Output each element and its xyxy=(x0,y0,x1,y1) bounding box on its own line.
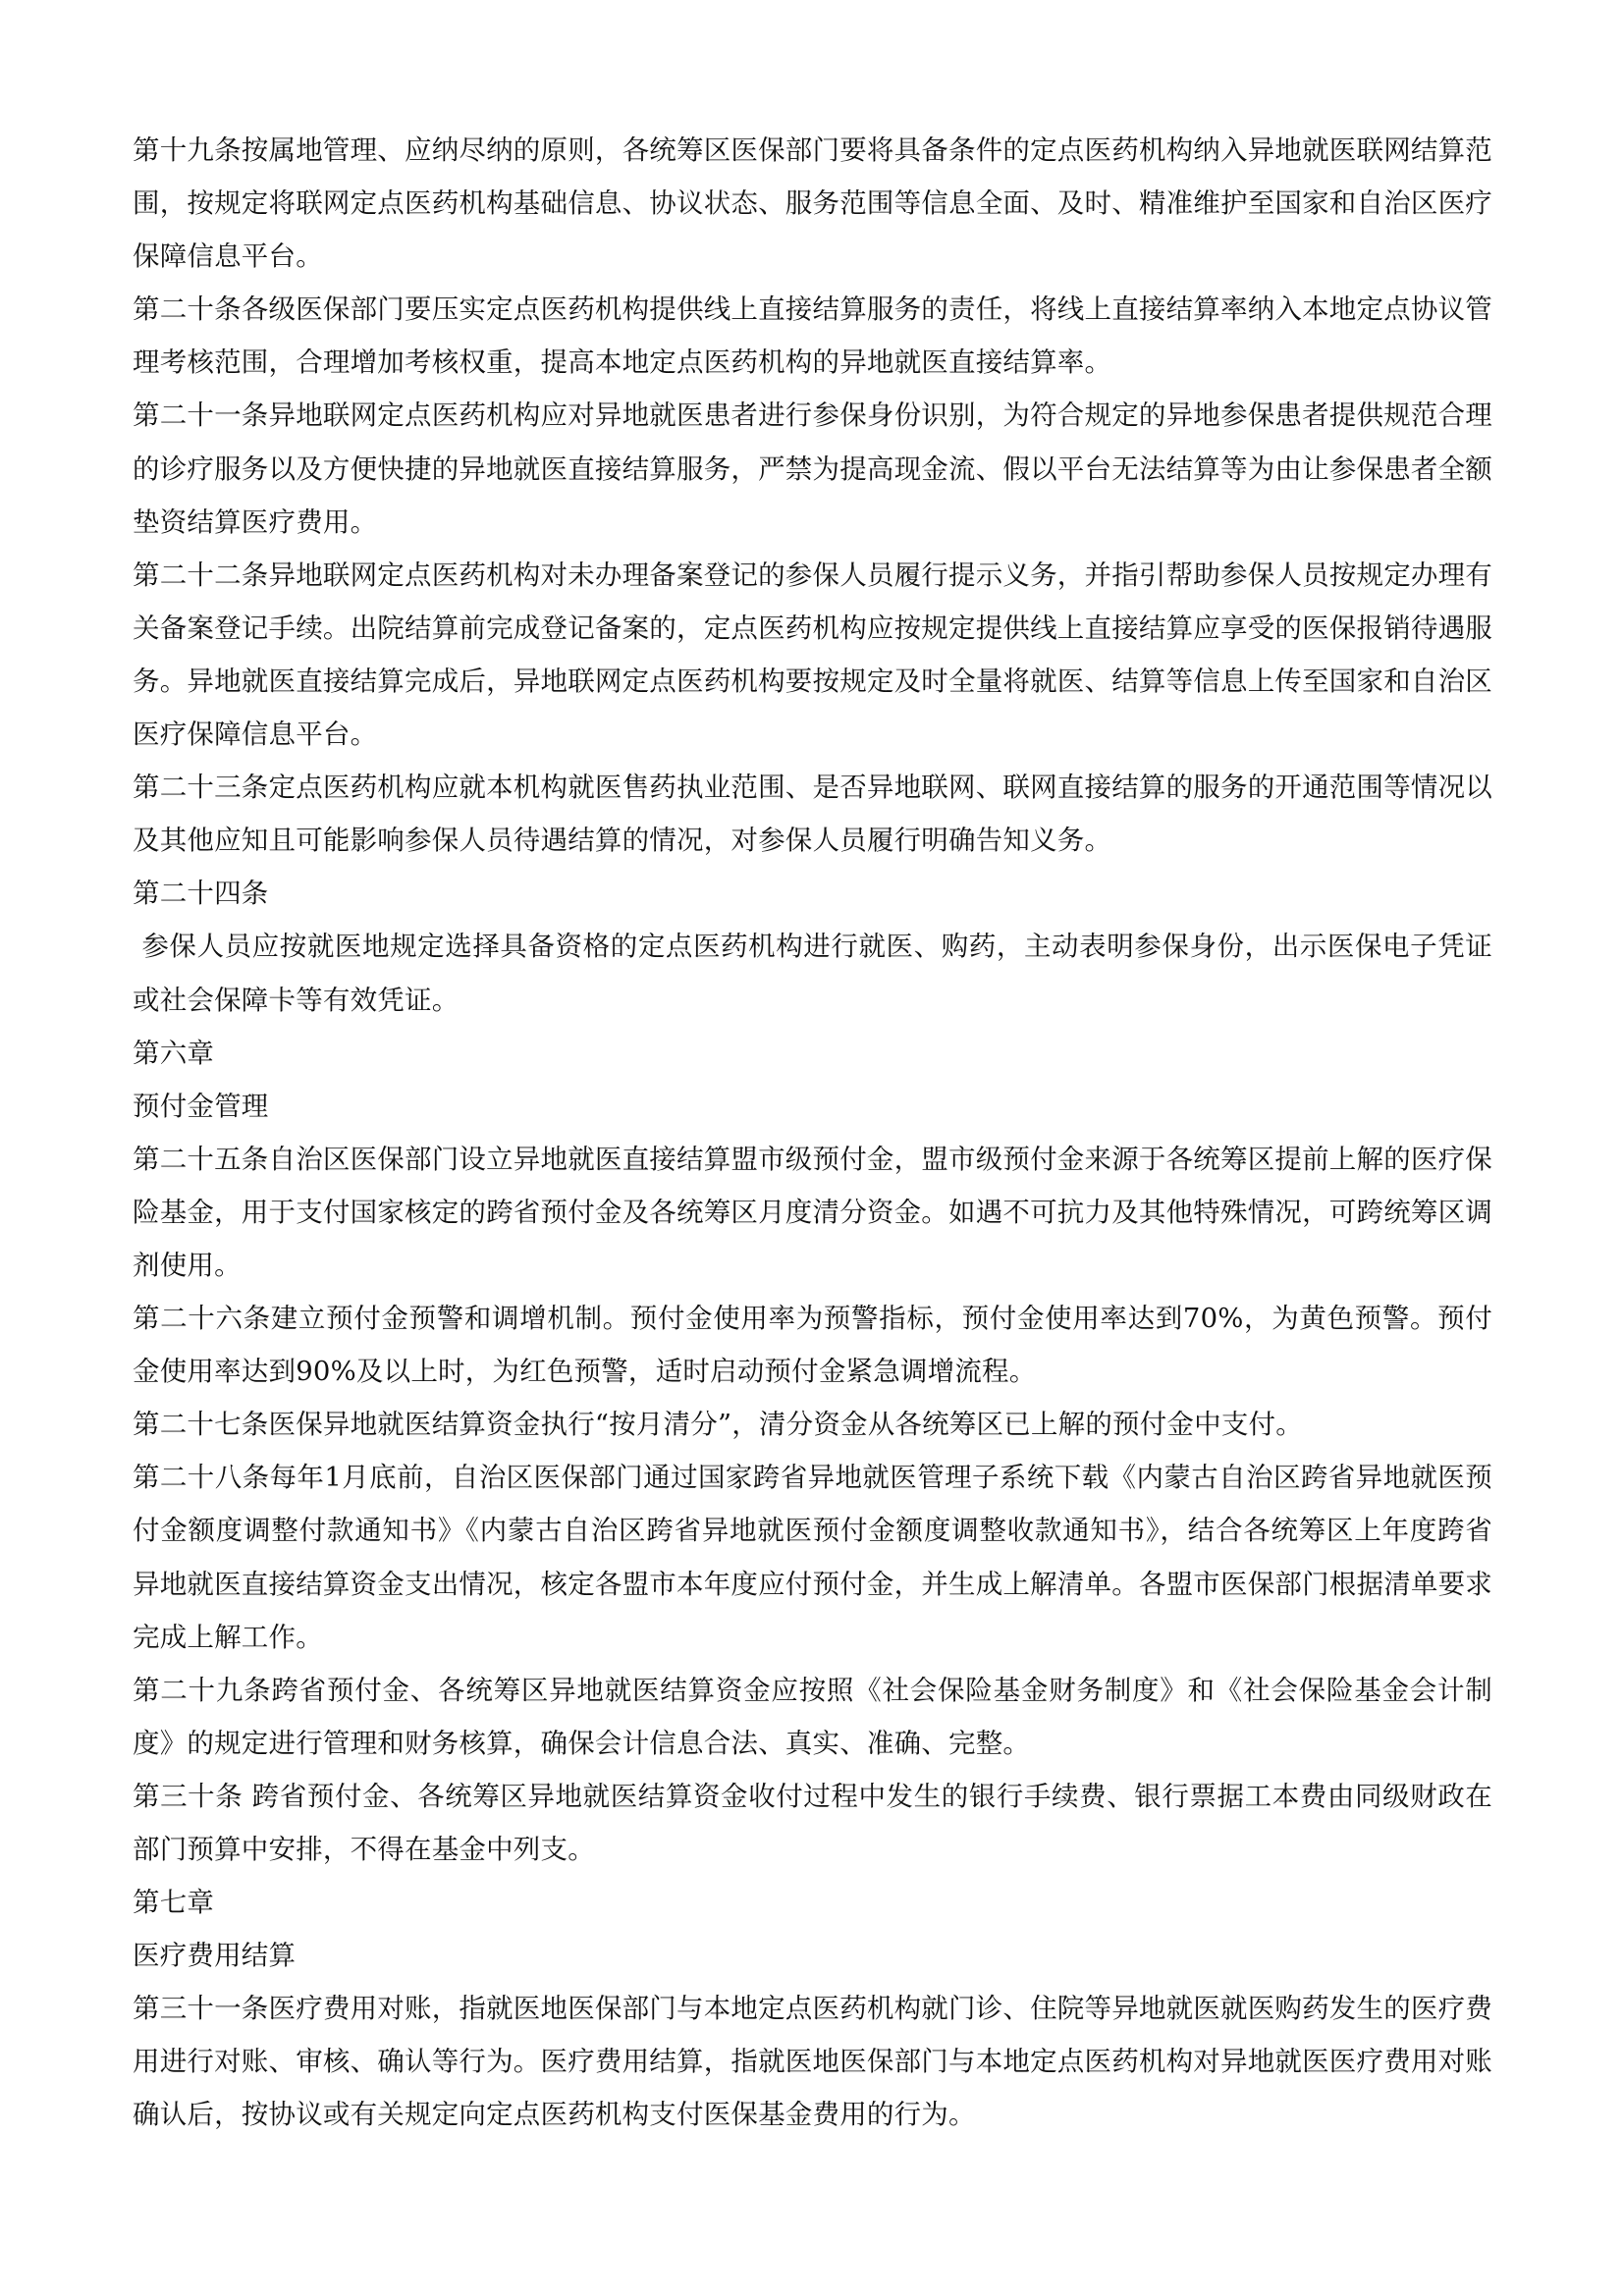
chapter-6-heading: 第六章 xyxy=(133,1027,1492,1080)
article-22: 第二十二条异地联网定点医药机构对未办理备案登记的参保人员履行提示义务，并指引帮助… xyxy=(133,549,1492,761)
article-23: 第二十三条定点医药机构应就本机构就医售药执业范围、是否异地联网、联网直接结算的服… xyxy=(133,761,1492,867)
article-30: 第三十条 跨省预付金、各统筹区异地就医结算资金收付过程中发生的银行手续费、银行票… xyxy=(133,1770,1492,1876)
article-28: 第二十八条每年1月底前，自治区医保部门通过国家跨省异地就医管理子系统下载《内蒙古… xyxy=(133,1451,1492,1663)
document-page: 第十九条按属地管理、应纳尽纳的原则，各统筹区医保部门要将具备条件的定点医药机构纳… xyxy=(133,124,1492,2142)
article-27: 第二十七条医保异地就医结算资金执行“按月清分”，清分资金从各统筹区已上解的预付金… xyxy=(133,1398,1492,1451)
chapter-6-title: 预付金管理 xyxy=(133,1080,1492,1133)
article-29: 第二十九条跨省预付金、各统筹区异地就医结算资金应按照《社会保险基金财务制度》和《… xyxy=(133,1664,1492,1770)
article-26: 第二十六条建立预付金预警和调增机制。预付金使用率为预警指标，预付金使用率达到70… xyxy=(133,1292,1492,1398)
article-20: 第二十条各级医保部门要压实定点医药机构提供线上直接结算服务的责任，将线上直接结算… xyxy=(133,283,1492,389)
article-25: 第二十五条自治区医保部门设立异地就医直接结算盟市级预付金，盟市级预付金来源于各统… xyxy=(133,1133,1492,1292)
chapter-7-title: 医疗费用结算 xyxy=(133,1929,1492,1982)
chapter-7-heading: 第七章 xyxy=(133,1876,1492,1929)
article-31: 第三十一条医疗费用对账，指就医地医保部门与本地定点医药机构就门诊、住院等异地就医… xyxy=(133,1982,1492,2141)
article-24-heading: 第二十四条 xyxy=(133,867,1492,920)
article-21: 第二十一条异地联网定点医药机构应对异地就医患者进行参保身份识别，为符合规定的异地… xyxy=(133,389,1492,548)
article-24-body: 参保人员应按就医地规定选择具备资格的定点医药机构进行就医、购药，主动表明参保身份… xyxy=(133,920,1492,1026)
article-19: 第十九条按属地管理、应纳尽纳的原则，各统筹区医保部门要将具备条件的定点医药机构纳… xyxy=(133,124,1492,283)
